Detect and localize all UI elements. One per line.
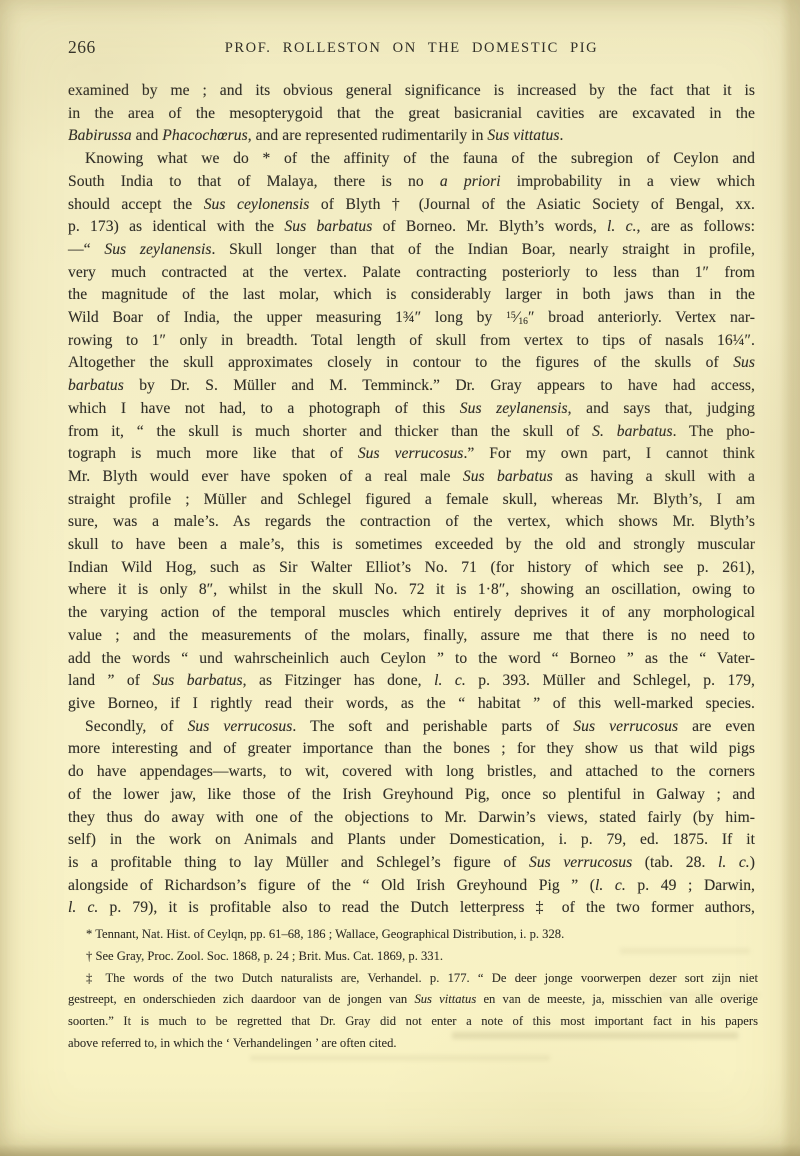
body-line: Mr. Blyth would ever have spoken of a re… (68, 466, 755, 489)
body-line: in the area of the mesopterygoid that th… (68, 103, 755, 126)
body-line: —“ Sus zeylanensis. Skull longer than th… (68, 239, 755, 262)
body-line: is a profitable thing to lay Müller and … (68, 852, 755, 875)
body-line: sure, was a male’s. As regards the contr… (68, 511, 755, 534)
body-line: give Borneo, if I rightly read their wor… (68, 693, 755, 716)
body-line: they thus do away with one of the object… (68, 807, 755, 830)
body-line: add the words “ und wahrscheinlich auch … (68, 648, 755, 671)
body-line: very much contracted at the vertex. Pala… (68, 262, 755, 285)
body-line: which I have not had, to a photograph of… (68, 398, 755, 421)
body-line: South India to that of Malaya, there is … (68, 171, 755, 194)
body-line: Secondly, of Sus verrucosus. The soft an… (68, 716, 755, 739)
body-line: more interesting and of greater importan… (68, 738, 755, 761)
bleedthrough-artifact (250, 1055, 550, 1061)
body-line: Altogether the skull approximates closel… (68, 352, 755, 375)
body-line: from it, “ the skull is much shorter and… (68, 421, 755, 444)
body-line: land ” of Sus barbatus, as Fitzinger has… (68, 670, 755, 693)
running-title: PROF. ROLLESTON ON THE DOMESTIC PIG (68, 40, 755, 57)
body-line: Babirussa and Phacochœrus, and are repre… (68, 125, 755, 148)
scanned-page: 266 PROF. ROLLESTON ON THE DOMESTIC PIG … (0, 0, 800, 1156)
footnote-line: * Tennant, Nat. Hist. of Ceylqn, pp. 61–… (68, 924, 758, 946)
footnotes-block: * Tennant, Nat. Hist. of Ceylqn, pp. 61–… (68, 924, 758, 1055)
body-line: examined by me ; and its obvious general… (68, 80, 755, 103)
body-line: the varying action of the temporal muscl… (68, 602, 755, 625)
body-line: skull to have been a male’s, this is som… (68, 534, 755, 557)
footnote-line: ‡ The words of the two Dutch naturalists… (68, 968, 758, 990)
scan-edge-bottom (0, 1144, 800, 1156)
body-line: straight profile ; Müller and Schlegel f… (68, 489, 755, 512)
body-line: barbatus by Dr. S. Müller and M. Temminc… (68, 375, 755, 398)
footnote-line: soorten.” It is much to be regretted tha… (68, 1011, 758, 1033)
body-line: Wild Boar of India, the upper measuring … (68, 307, 755, 330)
body-line: rowing to 1″ only in breadth. Total leng… (68, 330, 755, 353)
body-line: l. c. p. 79), it is profitable also to r… (68, 897, 755, 920)
body-line: where it is only 8″, whilst in the skull… (68, 579, 755, 602)
body-line: do have appendages—warts, to wit, covere… (68, 761, 755, 784)
scan-edge-right (780, 0, 800, 1156)
body-line: value ; and the measurements of the mola… (68, 625, 755, 648)
body-line: should accept the Sus ceylonensis of Bly… (68, 194, 755, 217)
body-line: alongside of Richardson’s figure of the … (68, 875, 755, 898)
body-line: self) in the work on Animals and Plants … (68, 829, 755, 852)
footnote-line: above referred to, in which the ‘ Verhan… (68, 1033, 758, 1055)
body-line: Indian Wild Hog, such as Sir Walter Elli… (68, 557, 755, 580)
footnote-line: gestreept, en onderschieden zich daardoo… (68, 989, 758, 1011)
body-line: the magnitude of the last molar, which i… (68, 284, 755, 307)
body-line: of the lower jaw, like those of the Iris… (68, 784, 755, 807)
body-text-block: examined by me ; and its obvious general… (68, 80, 755, 920)
body-line: tograph is much more like that of Sus ve… (68, 443, 755, 466)
body-line: p. 173) as identical with the Sus barbat… (68, 216, 755, 239)
body-line: Knowing what we do * of the affinity of … (68, 148, 755, 171)
footnote-line: † See Gray, Proc. Zool. Soc. 1868, p. 24… (68, 946, 758, 968)
